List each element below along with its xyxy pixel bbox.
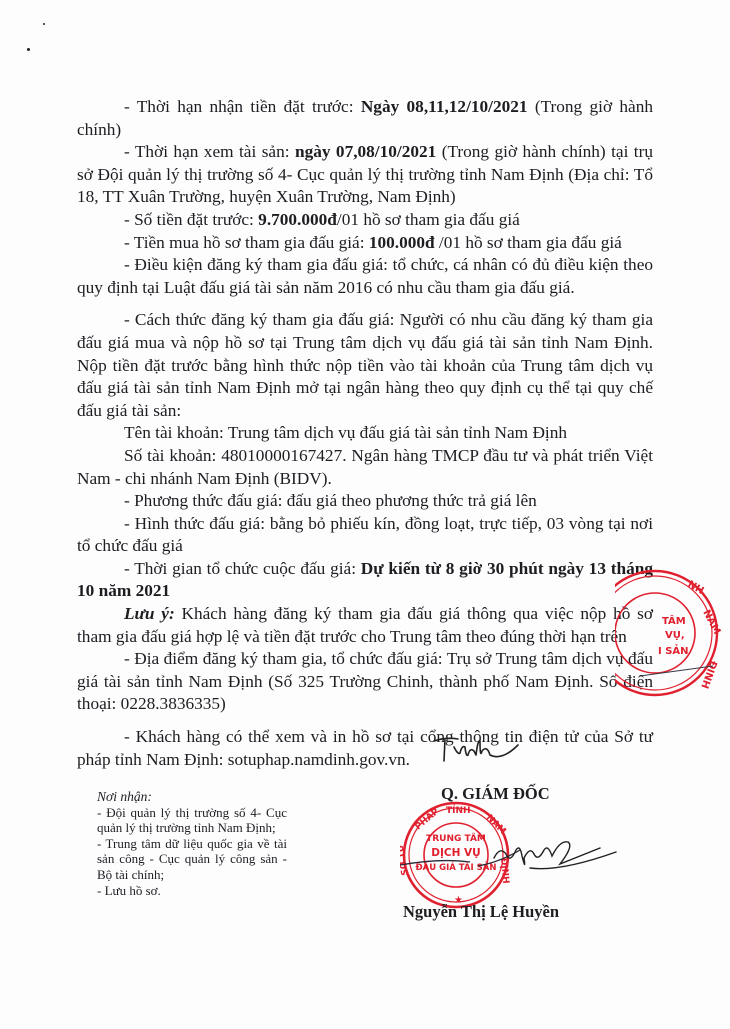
recipient-item: - Trung tâm dữ liệu quốc gia về tài sản … (97, 836, 287, 883)
paragraph: - Phương thức đấu giá: đấu giá theo phươ… (77, 490, 653, 513)
svg-text:VỤ,: VỤ, (665, 630, 685, 641)
paragraph: Số tài khoản: 48010000167427. Ngân hàng … (77, 445, 653, 490)
paragraph: - Thời gian tổ chức cuộc đấu giá: Dự kiế… (77, 558, 653, 603)
text-segment: - Khách hàng có thể xem và in hồ sơ tại … (77, 727, 653, 769)
recipients-title: Nơi nhận: (97, 789, 287, 805)
text-segment: - Cách thức đăng ký tham gia đấu giá: Ng… (77, 310, 653, 419)
text-segment: /01 hồ sơ tham gia đấu giá (435, 233, 622, 252)
scan-speck (27, 48, 30, 51)
text-segment: Số tài khoản: 48010000167427. Ngân hàng … (77, 446, 653, 488)
edge-stamp-icon: TÂM VỤ, I SẢN NH NAM ĐINH (615, 568, 730, 698)
recipient-item: - Đội quản lý thị trường số 4- Cục quản … (97, 805, 287, 836)
paragraph: - Cách thức đăng ký tham gia đấu giá: Ng… (77, 309, 653, 422)
text-segment: Tên tài khoản: Trung tâm dịch vụ đấu giá… (124, 423, 567, 442)
svg-text:NAM: NAM (700, 608, 722, 636)
stamp-line-2: DỊCH VỤ (431, 847, 480, 859)
svg-text:TÂM: TÂM (662, 614, 686, 627)
director-signature (490, 828, 620, 888)
paragraph: Tên tài khoản: Trung tâm dịch vụ đấu giá… (77, 422, 653, 445)
text-segment: - Phương thức đấu giá: đấu giá theo phươ… (124, 491, 537, 510)
scan-speck (43, 23, 45, 25)
text-segment: - Hình thức đấu giá: bằng bỏ phiếu kín, … (77, 514, 653, 556)
text-segment: 100.000đ (369, 233, 435, 252)
paragraph: - Thời hạn xem tài sản: ngày 07,08/10/20… (77, 141, 653, 209)
signer-name: Nguyễn Thị Lệ Huyền (403, 902, 559, 922)
text-segment: - Thời gian tổ chức cuộc đấu giá: (124, 559, 361, 578)
paragraph: - Số tiền đặt trước: 9.700.000đ/01 hồ sơ… (77, 209, 653, 232)
text-segment: - Tiền mua hồ sơ tham gia đấu giá: (124, 233, 369, 252)
recipient-item: - Lưu hồ sơ. (97, 883, 287, 899)
text-segment: - Thời hạn nhận tiền đặt trước: (124, 97, 361, 116)
text-segment: ngày 07,08/10/2021 (295, 142, 436, 161)
recipients-block: Nơi nhận: - Đội quản lý thị trường số 4-… (97, 789, 287, 898)
document-body: - Thời hạn nhận tiền đặt trước: Ngày 08,… (77, 96, 653, 771)
svg-text:I SẢN: I SẢN (658, 643, 689, 657)
text-segment: - Điều kiện đăng ký tham gia đấu giá: tổ… (77, 255, 653, 297)
svg-text:TỈNH: TỈNH (446, 804, 471, 816)
paragraph: - Địa điểm đăng ký tham gia, tổ chức đấu… (77, 648, 653, 716)
text-segment: - Địa điểm đăng ký tham gia, tổ chức đấu… (77, 649, 653, 713)
paragraph: Lưu ý: Khách hàng đăng ký tham gia đấu g… (77, 603, 653, 648)
text-segment: Lưu ý: (124, 604, 175, 623)
paragraph: - Hình thức đấu giá: bằng bỏ phiếu kín, … (77, 513, 653, 558)
svg-text:PHÁP: PHÁP (412, 805, 441, 832)
document-page: - Thời hạn nhận tiền đặt trước: Ngày 08,… (0, 0, 730, 1029)
stamp-line-1: TRUNG TÂM (426, 832, 486, 844)
text-segment: - Thời hạn xem tài sản: (124, 142, 295, 161)
handwritten-initials (432, 735, 522, 770)
paragraph: - Điều kiện đăng ký tham gia đấu giá: tổ… (77, 254, 653, 299)
paragraph: - Thời hạn nhận tiền đặt trước: Ngày 08,… (77, 96, 653, 141)
paragraph: - Tiền mua hồ sơ tham gia đấu giá: 100.0… (77, 232, 653, 255)
text-segment: /01 hồ sơ tham gia đấu giá (337, 210, 520, 229)
text-segment: 9.700.000đ (258, 210, 337, 229)
text-segment: Ngày 08,11,12/10/2021 (361, 97, 528, 116)
text-segment: - Số tiền đặt trước: (124, 210, 258, 229)
paragraph: - Khách hàng có thể xem và in hồ sơ tại … (77, 726, 653, 771)
